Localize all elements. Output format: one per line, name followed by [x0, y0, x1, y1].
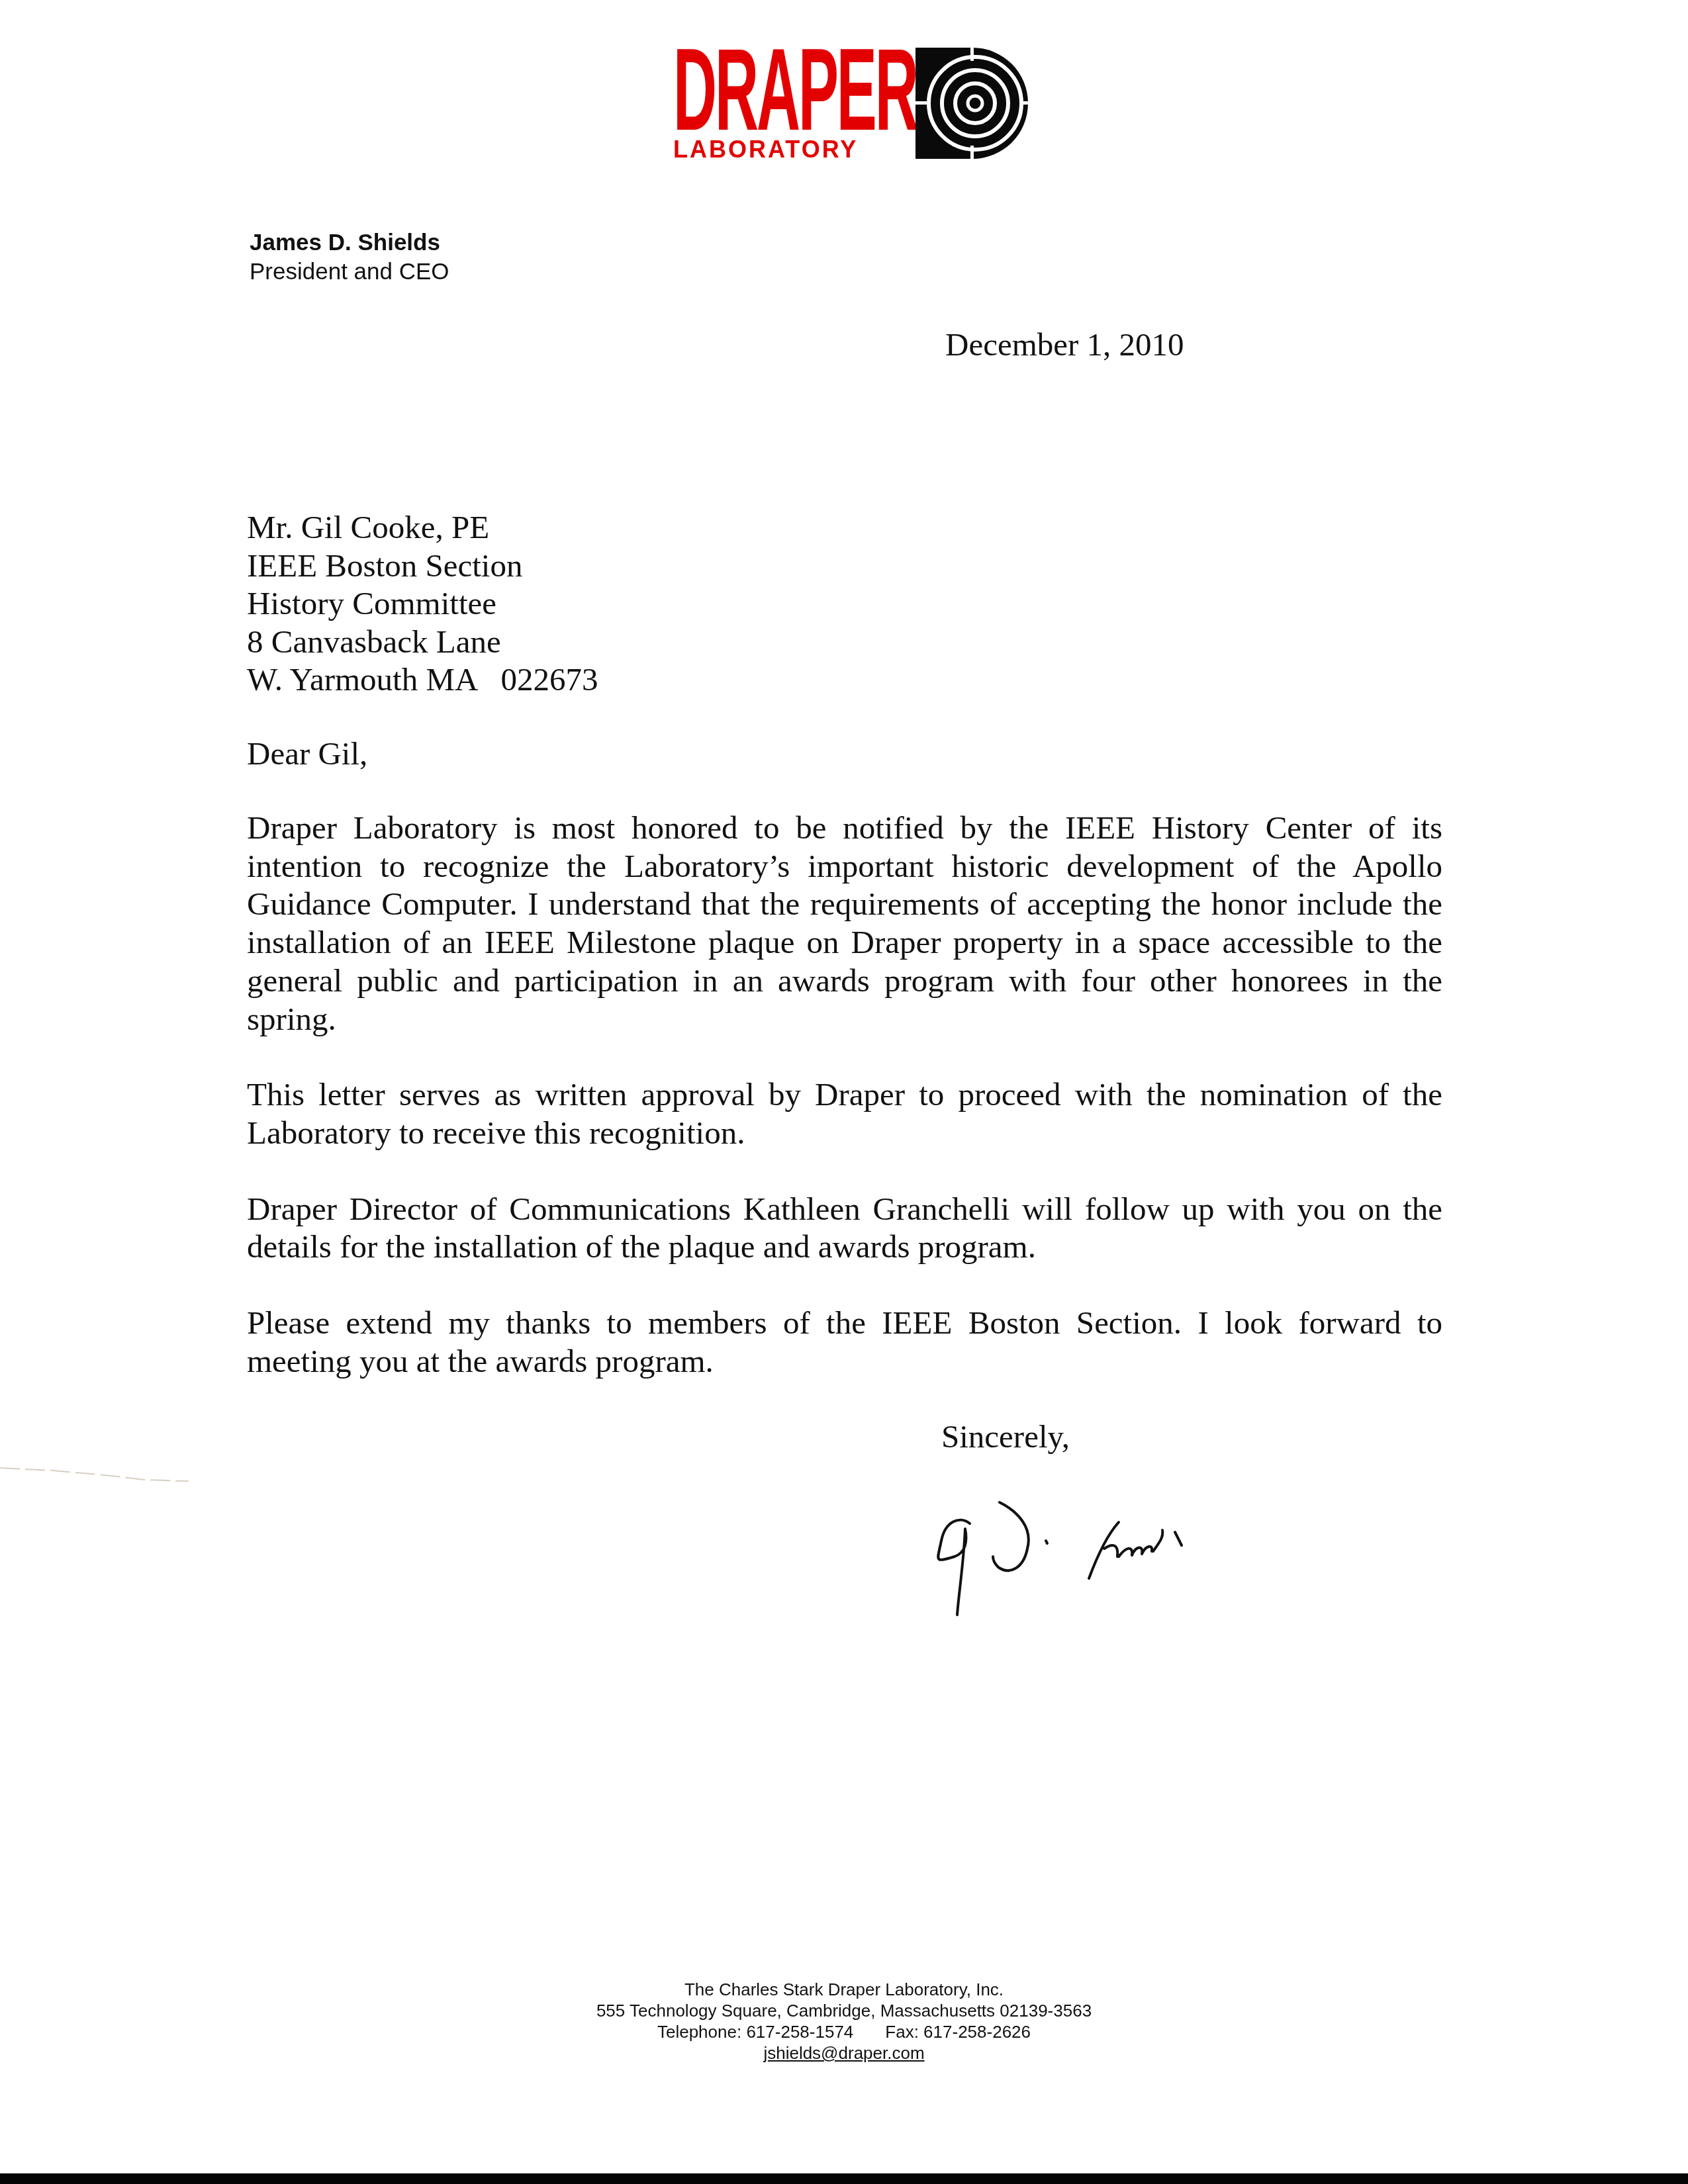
footer-company: The Charles Stark Draper Laboratory, Inc…: [0, 1979, 1688, 2000]
salutation: Dear Gil,: [247, 735, 367, 773]
sender-title: President and CEO: [250, 257, 449, 287]
footer-contact: Telephone: 617-258-1574Fax: 617-258-2626: [0, 2021, 1688, 2042]
scan-artifact: [0, 1463, 192, 1482]
letter-body: Draper Laboratory is most honored to be …: [247, 809, 1442, 1418]
logo-subtitle: LABORATORY: [673, 140, 906, 159]
handwritten-signature: [920, 1482, 1317, 1628]
body-paragraph: This letter serves as written approval b…: [247, 1075, 1442, 1152]
footer-fax: Fax: 617-258-2626: [885, 2022, 1031, 2042]
address-line: W. Yarmouth MA 022673: [247, 660, 598, 699]
address-line: Mr. Gil Cooke, PE: [247, 508, 598, 547]
letter-date: December 1, 2010: [945, 326, 1184, 364]
body-paragraph: Draper Director of Communications Kathle…: [247, 1190, 1442, 1266]
recipient-address: Mr. Gil Cooke, PE IEEE Boston Section Hi…: [247, 508, 598, 699]
closing: Sincerely,: [941, 1418, 1070, 1456]
scanner-edge-band: [0, 2173, 1688, 2184]
letterhead-footer: The Charles Stark Draper Laboratory, Inc…: [0, 1979, 1688, 2064]
draper-target-d-icon: [915, 48, 1028, 159]
body-paragraph: Draper Laboratory is most honored to be …: [247, 809, 1442, 1038]
letter-page: DRAPER LABORATORY James D. Shields: [0, 0, 1688, 2184]
address-line: History Committee: [247, 584, 598, 623]
logo-wordmark: DRAPER: [673, 45, 794, 135]
footer-address: 555 Technology Square, Cambridge, Massac…: [0, 2000, 1688, 2021]
address-line: IEEE Boston Section: [247, 547, 598, 585]
address-line: 8 Canvasback Lane: [247, 623, 598, 661]
footer-telephone: Telephone: 617-258-1574: [657, 2022, 853, 2042]
body-paragraph: Please extend my thanks to members of th…: [247, 1304, 1442, 1380]
sender-block: James D. Shields President and CEO: [250, 228, 449, 287]
sender-name: James D. Shields: [250, 228, 449, 257]
draper-logo: DRAPER LABORATORY: [673, 45, 1031, 161]
footer-email-link[interactable]: jshields@draper.com: [763, 2043, 924, 2063]
